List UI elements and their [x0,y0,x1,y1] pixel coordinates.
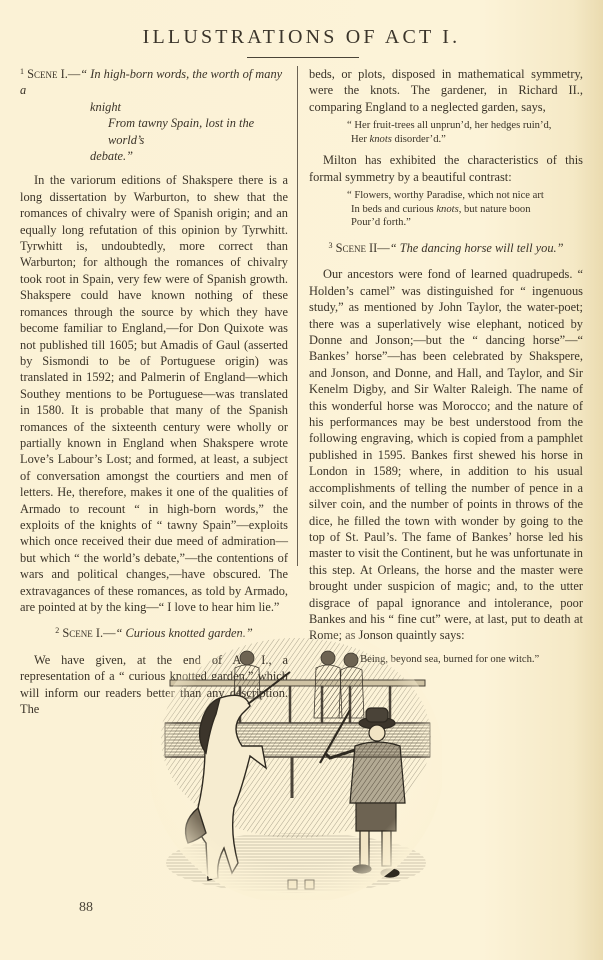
note-1-heading: 1 Scene I.—“ In high-born words, the wor… [20,66,288,164]
quote-line: knight [20,99,288,115]
quote-line: debate.” [20,148,288,164]
dancing-horse-engraving [150,628,442,900]
quote-line: From tawny Spain, lost in the world’s [20,115,288,148]
quote: “ The dancing horse will tell you.” [390,241,564,255]
vignette [150,628,442,900]
column-divider [297,66,298,566]
quote-text: , but nature boon [459,204,531,215]
quote-line: “ Her fruit-trees all unprun’d, her hedg… [347,119,583,133]
page-number: 88 [79,900,93,916]
note-3-body: Our ancestors were fond of learned quadr… [309,266,583,643]
milton-quote: “ Flowers, worthy Paradise, which not ni… [309,189,583,230]
running-title: ILLUSTRATIONS OF ACT I. [0,26,603,49]
quote-text: Her [351,134,370,145]
title-rule [247,57,359,58]
quote-text: disorder’d.” [392,134,446,145]
quote-emphasis: knots [436,204,458,215]
right-column: beds, or plots, disposed in mathematical… [309,66,583,668]
richard-ii-quote: “ Her fruit-trees all unprun’d, her hedg… [309,119,583,146]
book-page: ILLUSTRATIONS OF ACT I. 1 Scene I.—“ In … [0,0,603,960]
note-2-continuation: beds, or plots, disposed in mathematical… [309,66,583,115]
scene-label: Scene II— [336,241,390,255]
scene-label: Scene I.— [27,67,80,81]
quote-line: “ Flowers, worthy Paradise, which not ni… [347,189,583,203]
footnote-marker: 1 [20,67,24,76]
footnote-marker: 3 [328,241,332,250]
note-1-body: In the variorum editions of Shakspere th… [20,172,288,615]
milton-paragraph: Milton has exhibited the characteristics… [309,152,583,185]
footnote-marker: 2 [55,626,59,635]
quote-text: In beds and curious [351,204,436,215]
quote-line: Pour’d forth.” [347,216,583,230]
note-3-heading: 3 Scene II—“ The dancing horse will tell… [309,240,583,256]
left-column: 1 Scene I.—“ In high-born words, the wor… [20,66,288,717]
quote-line: In beds and curious knots, but nature bo… [347,203,583,217]
quote-emphasis: knots [370,134,392,145]
scene-label: Scene I.— [62,626,115,640]
quote-line: Her knots disorder’d.” [347,133,583,147]
